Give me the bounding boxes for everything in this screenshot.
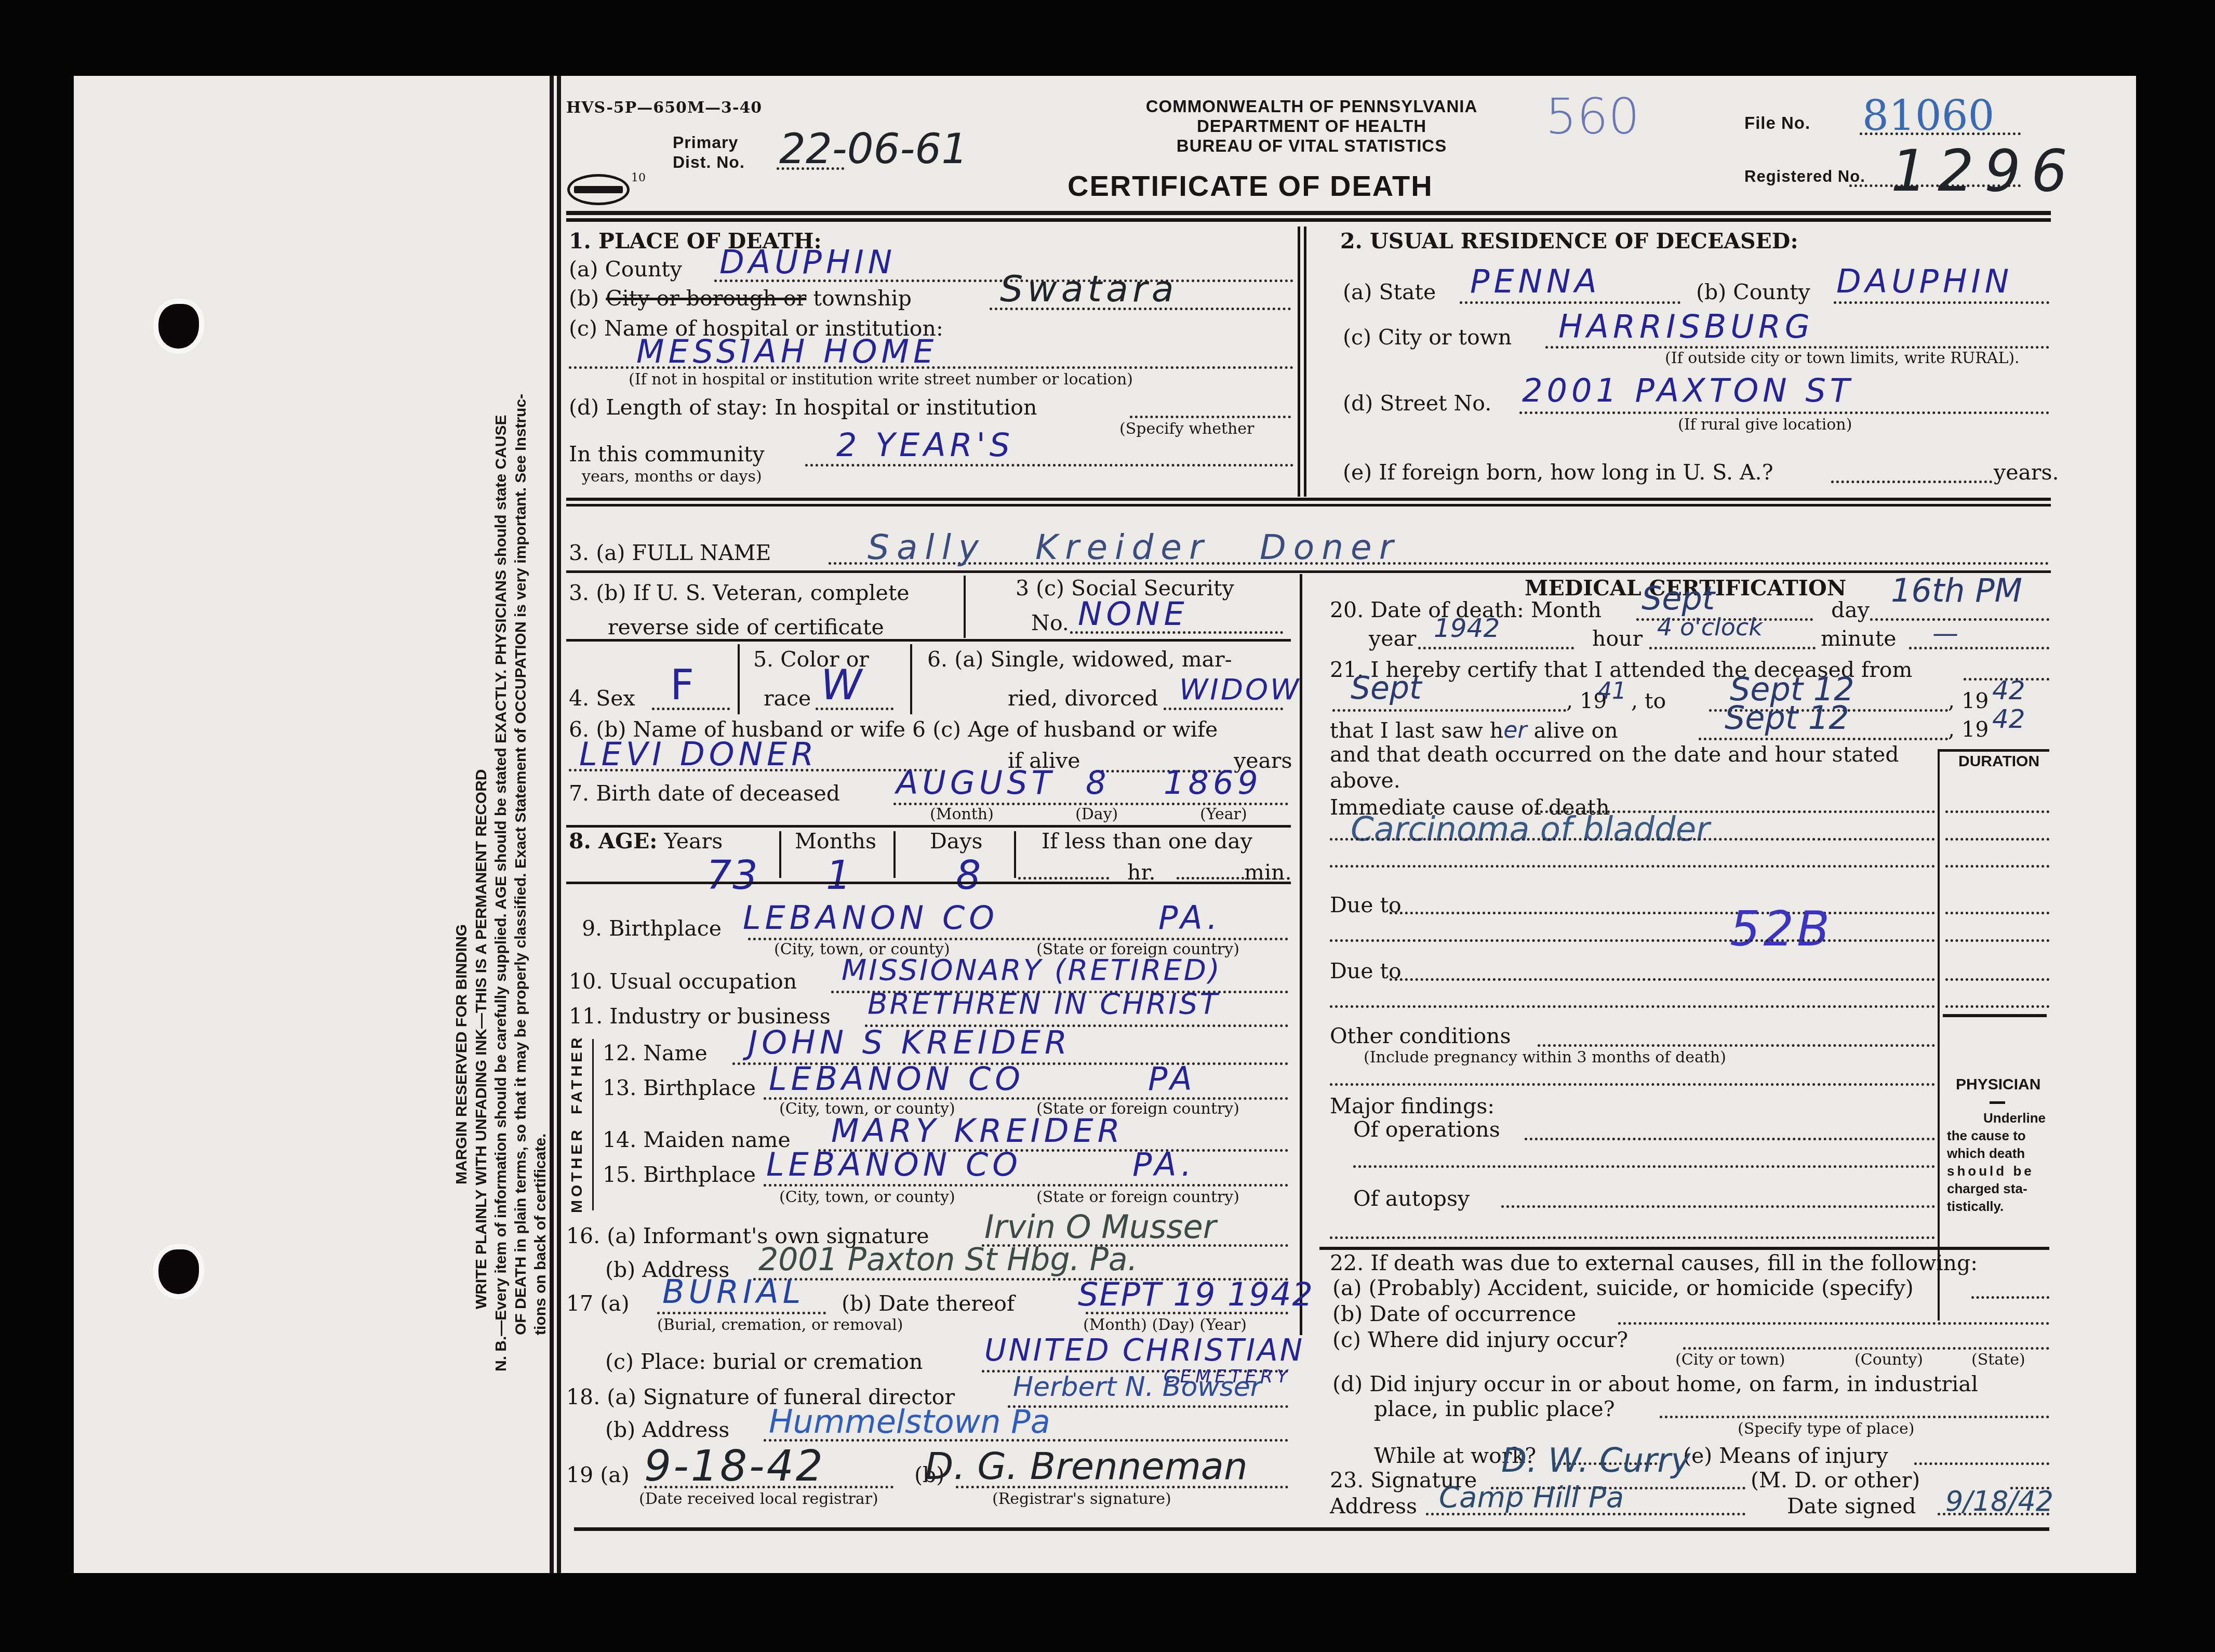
funeral-director-address-label: (b) Address: [605, 1417, 729, 1442]
to-year: 42: [1992, 675, 2025, 705]
mother-birthplace-city: LEBANON CO: [766, 1145, 1022, 1183]
external-c-note-county: (County): [1854, 1351, 1923, 1369]
res-street-note: (If rural give location): [1678, 416, 1852, 434]
last-saw-pronoun: er: [1503, 717, 1527, 743]
veteran-label: 3. (b) If U. S. Veteran, complete revers…: [569, 576, 910, 644]
res-foreign-suffix: years.: [1994, 460, 2059, 485]
struck-label: City or borough or: [606, 286, 806, 311]
res-street-label: (d) Street No.: [1343, 391, 1491, 416]
community-note: years, months or days): [582, 468, 762, 486]
physician-note-line: which death: [1947, 1144, 2046, 1162]
age-years-label: Years: [664, 829, 723, 854]
birthplace-state: PA.: [1158, 899, 1222, 937]
duration-line-7: [1945, 1005, 2049, 1008]
industry-value: BRETHREN IN CHRIST: [868, 987, 1220, 1021]
form-id: HVS-5P—650M—3-40: [566, 99, 762, 117]
union-seal-icon: [567, 174, 630, 205]
physician-address-label: Address: [1330, 1494, 1417, 1518]
registered-no-value: 1296: [1891, 138, 2078, 204]
due-to-underline-2: [1390, 978, 1935, 981]
birth-day: 8: [1086, 764, 1110, 802]
marital-label-2: ried, divorced: [1008, 686, 1158, 711]
from-date: Sept: [1351, 670, 1422, 707]
certificate-title: CERTIFICATE OF DEATH: [1068, 169, 1433, 203]
external-b-label: (b) Date of occurrence: [1332, 1301, 1576, 1326]
age-days-label: Days: [930, 829, 983, 854]
from-date-underline: [1332, 709, 1566, 712]
registrar-sig-note: (Registrar's signature): [992, 1490, 1171, 1508]
margin-line-3: N. B.—Every item of information should b…: [491, 394, 511, 1371]
annotation-number: 560: [1545, 88, 1639, 145]
min-underline: [1177, 877, 1244, 880]
footer-rule: [574, 1527, 2049, 1531]
due-to-underline-1: [1390, 912, 1935, 914]
duration-line-2: [1945, 838, 2049, 841]
means-label: (e) Means of injury: [1683, 1443, 1888, 1468]
spouse-age-label: 6 (c) Age of husband or wife: [912, 717, 1218, 742]
ssn-value: NONE: [1078, 595, 1189, 633]
agency-line-3: BUREAU OF VITAL STATISTICS: [1117, 136, 1506, 156]
major-findings-label: Major findings:: [1330, 1094, 1495, 1118]
duration-line-3: [1945, 865, 2049, 868]
death-minute-label: minute: [1821, 626, 1897, 651]
margin-line-2: WRITE PLAINLY WITH UNFADING INK—THIS IS …: [472, 394, 491, 1371]
registrar-signature: D. G. Brenneman: [925, 1444, 1248, 1488]
community-label: In this community: [569, 442, 765, 467]
other-conditions-label: Other conditions: [1330, 1023, 1511, 1048]
external-c-label: (c) Where did injury occur?: [1332, 1327, 1628, 1352]
father-name-value: JOHN S KREIDER: [748, 1023, 1071, 1061]
informant-signature: Irvin O Musser: [984, 1208, 1216, 1246]
other-conditions-underline-2: [1330, 1083, 1935, 1086]
file-no-label: File No.: [1744, 113, 1810, 133]
death-day: 16th PM: [1891, 571, 2022, 609]
death-month: Sept: [1642, 579, 1715, 617]
less-than-day-label: If less than one day: [1042, 829, 1252, 854]
autopsy-label: Of autopsy: [1353, 1186, 1470, 1211]
death-day-label: day: [1831, 597, 1870, 622]
mother-state-note: (State or foreign country): [1036, 1188, 1239, 1206]
file-no-value: 81060: [1862, 91, 1995, 140]
full-name-label: 3. (a) FULL NAME: [569, 540, 771, 565]
birthplace-label: 9. Birthplace: [582, 916, 722, 941]
above-label: above.: [1330, 768, 1400, 793]
section-divider: [1298, 227, 1300, 497]
stay-label: (d) Length of stay: In hospital or insti…: [569, 395, 1037, 420]
punch-hole-top: [158, 304, 199, 349]
duration-bottom-rule: [1943, 1014, 2047, 1017]
disposition-label: 17 (a): [566, 1291, 630, 1316]
death-minute-underline: [1909, 647, 2049, 649]
header-rule: [566, 211, 2051, 215]
disposition-date: SEPT 19 1942: [1078, 1275, 1314, 1313]
primary-dist-no: 22-06-61: [779, 125, 968, 173]
race-value: W: [821, 661, 866, 709]
parents-bracket: [592, 1039, 594, 1210]
res-foreign-underline: [1831, 481, 1992, 483]
last-saw-date: Sept 12: [1725, 699, 1849, 737]
mother-name-value: MARY KREIDER: [831, 1112, 1124, 1150]
township-word: township: [813, 286, 911, 311]
to-label: , to: [1631, 688, 1666, 713]
birth-date-label: 7. Birth date of deceased: [569, 781, 840, 806]
institution-value: MESSIAH HOME: [636, 332, 938, 370]
age-divider: [893, 831, 896, 878]
binding-border-line: [550, 76, 554, 1573]
external-c-note-city: (City or town): [1675, 1351, 1785, 1369]
county-label: (a) County: [569, 257, 682, 282]
last-saw-text: that I last saw h: [1330, 718, 1503, 743]
md-label: (M. D. or other): [1751, 1468, 1920, 1493]
physician-label: PHYSICIAN: [1956, 1075, 2040, 1094]
township-label: (b) City or borough or township: [569, 286, 912, 311]
physician-note-line: Underline: [1947, 1109, 2046, 1127]
birth-rule: [566, 825, 1291, 828]
duration-top-rule: [1938, 749, 2049, 752]
res-street-value: 2001 PAXTON ST: [1522, 371, 1854, 409]
external-d-note: (Specify type of place): [1738, 1420, 1914, 1438]
birth-day-note: (Day): [1075, 805, 1118, 823]
father-birthplace-label: 13. Birthplace: [603, 1075, 756, 1100]
min-label: min.: [1244, 860, 1291, 885]
means-underline: [1914, 1462, 2049, 1465]
mother-birthplace-label: 15. Birthplace: [603, 1162, 756, 1187]
hr-label: hr.: [1127, 860, 1156, 885]
last-saw-underline: [1699, 738, 1948, 740]
age-rule: [566, 882, 1291, 884]
burial-place-label: (c) Place: burial or cremation: [605, 1349, 923, 1374]
occupation-label: 10. Usual occupation: [569, 969, 797, 994]
marital-value: WIDOW: [1179, 673, 1301, 707]
occupation-value: MISSIONARY (RETIRED): [842, 953, 1222, 987]
external-heading: 22. If death was due to external causes,…: [1330, 1250, 1978, 1275]
medical-bottom-rule: [1319, 1247, 2049, 1250]
res-state-underline: [1460, 301, 1680, 304]
res-foreign-label: (e) If foreign born, how long in U. S. A…: [1343, 460, 1773, 485]
birth-year-note: (Year): [1200, 805, 1247, 823]
header-rule: [566, 218, 2051, 222]
stated-label: and that death occurred on the date and …: [1330, 742, 1899, 767]
registrar-label: 19 (a): [566, 1462, 630, 1487]
mother-city-note: (City, town, or county): [779, 1188, 955, 1206]
physician-note-line: charged sta-: [1947, 1180, 2046, 1197]
agency-line-2: DEPARTMENT OF HEALTH: [1117, 116, 1506, 136]
death-county-value: DAUPHIN: [719, 243, 896, 281]
section-divider: [1304, 227, 1306, 497]
external-b-underline: [1618, 1322, 2049, 1325]
agency-line-1: COMMONWEALTH OF PENNSYLVANIA: [1117, 97, 1506, 116]
duration-label: DURATION: [1958, 752, 2039, 771]
external-a-label: (a) (Probably) Accident, suicide, or hom…: [1332, 1275, 1914, 1300]
res-county-label: (b) County: [1696, 279, 1810, 304]
operations-label: Of operations: [1353, 1117, 1500, 1142]
external-d-label-2: place, in public place?: [1374, 1396, 1615, 1421]
community-underline: [805, 464, 1293, 467]
father-birthplace-state: PA: [1148, 1060, 1196, 1098]
physician-note-line: tistically.: [1947, 1197, 2046, 1215]
birthplace-city: LEBANON CO: [743, 899, 998, 937]
mother-name-label: 14. Maiden name: [603, 1127, 791, 1152]
veteran-divider: [964, 576, 966, 638]
mother-birthplace-state: PA.: [1132, 1145, 1196, 1183]
age-label: 8. AGE: Years: [569, 829, 723, 854]
to-year-prefix: , 19: [1948, 688, 1989, 713]
margin-line-4: OF DEATH in plain terms, so that it may …: [511, 394, 531, 1371]
margin-binding-note: MARGIN RESERVED FOR BINDING WRITE PLAINL…: [452, 394, 551, 1371]
father-name-label: 12. Name: [603, 1041, 708, 1065]
stay-note: (Specify whether: [1119, 420, 1254, 438]
mother-side-label: MOTHER: [567, 1127, 587, 1213]
death-day-underline: [1870, 618, 2049, 621]
age-months-value: 1: [826, 852, 855, 898]
death-year: 1942: [1434, 613, 1500, 643]
father-side-label: FATHER: [567, 1034, 587, 1114]
immediate-cause-underline-2: [1330, 838, 1935, 841]
registrar-date: 9-18-42: [644, 1442, 825, 1491]
veteran-label-1: 3. (b) If U. S. Veteran, complete: [569, 576, 910, 610]
duration-line-6: [1945, 978, 2049, 981]
autopsy-underline-2: [1330, 1236, 1935, 1239]
res-city-note: (If outside city or town limits, write R…: [1665, 349, 2020, 367]
ssn-no-label: No.: [1031, 610, 1069, 635]
physician-note: Underline the cause to which death shoul…: [1947, 1109, 2046, 1215]
birth-year: 1869: [1164, 764, 1262, 802]
section-rule: [566, 498, 2051, 501]
death-minute: —: [1932, 618, 1958, 648]
external-d-label-1: (d) Did injury occur in or about home, o…: [1332, 1371, 1978, 1396]
punch-hole-bottom: [158, 1249, 199, 1294]
operations-underline: [1525, 1138, 1935, 1140]
duration-line-1: [1945, 810, 2049, 813]
age-label-text: 8. AGE:: [569, 829, 657, 854]
age-years-value: 73: [706, 852, 759, 898]
veteran-rule: [566, 639, 1291, 642]
registrar-date-note: (Date received local registrar): [639, 1490, 878, 1508]
from-year: 41: [1597, 678, 1626, 704]
name-rule: [566, 570, 2051, 573]
race-divider: [910, 644, 912, 714]
disposition-date-note: (Month) (Day) (Year): [1083, 1316, 1247, 1334]
death-hour-label: hour: [1592, 626, 1643, 651]
seal-number: 10: [631, 171, 646, 184]
residence-heading: 2. USUAL RESIDENCE OF DECEASED:: [1340, 229, 1798, 254]
cause-code: 52B: [1730, 901, 1833, 957]
marital-label-1: 6. (a) Single, widowed, mar-: [927, 647, 1232, 672]
death-hour: 4 o'clock: [1657, 613, 1763, 641]
registered-no-label: Registered No.: [1744, 167, 1865, 186]
sex-divider: [738, 644, 740, 714]
age-divider: [779, 831, 781, 878]
margin-line-5: tions on back of certificate.: [531, 394, 551, 1371]
sex-label: 4. Sex: [569, 686, 635, 711]
marital-underline: [1164, 708, 1283, 710]
physician-signature: D. W. Curry: [1501, 1442, 1690, 1480]
primary-label: Primary Dist. No.: [673, 132, 745, 172]
res-state-value: PENNA: [1470, 262, 1601, 300]
res-city-underline: [1545, 346, 2049, 349]
disposition-note: (Burial, cremation, or removal): [657, 1316, 903, 1334]
due-to-underline-1b: [1330, 939, 1935, 942]
death-year-label: year: [1369, 626, 1416, 651]
funeral-director-signature: Herbert N. Bowser: [1013, 1371, 1261, 1403]
physician-dash: [1990, 1101, 2005, 1104]
physician-note-line: should be: [1947, 1162, 2046, 1180]
autopsy-underline: [1501, 1205, 1935, 1208]
physician-address: Camp Hill Pa: [1439, 1481, 1624, 1514]
township-value: Swatara: [1000, 268, 1178, 310]
last-saw-year: 42: [1992, 704, 2025, 734]
external-a-underline: [1971, 1296, 2049, 1299]
full-name-label-text: 3. (a) FULL NAME: [569, 540, 771, 565]
other-conditions-note: (Include pregnancy within 3 months of de…: [1364, 1048, 1726, 1067]
father-birthplace-city: LEBANON CO: [769, 1060, 1024, 1098]
community-value: 2 YEAR'S: [836, 426, 1014, 464]
age-divider: [1014, 831, 1016, 878]
duration-divider: [1938, 749, 1940, 1321]
birth-month-note: (Month): [930, 805, 994, 823]
primary-label-1: Primary: [673, 132, 745, 152]
date-signed-value: 9/18/42: [1945, 1485, 2053, 1517]
other-conditions-underline: [1538, 1044, 1935, 1047]
margin-line-1: MARGIN RESERVED FOR BINDING: [452, 394, 472, 1371]
cause-line-3: [1330, 865, 1935, 868]
physician-note-line: the cause to: [1947, 1127, 2046, 1144]
age-months-label: Months: [795, 829, 876, 854]
section-rule: [566, 504, 2051, 507]
disposition-underline: [657, 1312, 826, 1314]
date-signed-label: Date signed: [1787, 1494, 1916, 1518]
mother-birthplace-underline: [764, 1184, 1288, 1187]
duration-line-4: [1945, 912, 2049, 914]
spouse-value: LEVI DONER: [579, 735, 818, 773]
township-prefix: (b): [569, 286, 599, 311]
stay-underline: [1130, 416, 1291, 418]
duration-line-5: [1945, 939, 2049, 942]
race-label-2: race: [764, 686, 811, 711]
binding-border-line: [557, 76, 561, 1573]
sex-value: F: [670, 661, 698, 709]
last-saw-year-prefix: , 19: [1948, 717, 1989, 742]
res-street-underline: [1519, 411, 2049, 414]
alive-on-text: alive on: [1533, 718, 1618, 743]
primary-label-2: Dist. No.: [673, 152, 745, 172]
external-c-underline: [1683, 1347, 2049, 1350]
agency-block: COMMONWEALTH OF PENNSYLVANIA DEPARTMENT …: [1117, 97, 1506, 156]
res-city-label: (c) City or town: [1343, 325, 1512, 350]
res-state-label: (a) State: [1343, 279, 1436, 304]
immediate-cause-value: Carcinoma of bladder: [1351, 810, 1710, 849]
death-hour-underline: [1649, 647, 1816, 649]
external-c-note-state: (State): [1971, 1351, 2025, 1369]
funeral-director-address: Hummelstown Pa: [769, 1403, 1050, 1441]
informant-address: 2001 Paxton St Hbg. Pa.: [758, 1242, 1138, 1278]
res-city-value: HARRISBURG: [1558, 308, 1814, 345]
operations-underline-2: [1353, 1165, 1935, 1168]
external-d-underline: [1660, 1416, 2049, 1418]
age-days-value: 8: [956, 852, 985, 898]
hr-underline: [1018, 877, 1109, 880]
institution-note: (If not in hospital or institution write…: [629, 370, 1133, 389]
res-county-underline: [1834, 301, 2049, 304]
disposition-date-label: (b) Date thereof: [842, 1291, 1015, 1316]
birth-month: AUGUST: [896, 764, 1055, 802]
res-county-value: DAUPHIN: [1836, 262, 2013, 300]
death-year-underline: [1418, 647, 1574, 649]
last-saw-label: that I last saw her alive on: [1330, 717, 1618, 743]
disposition-value: BURIAL: [662, 1273, 805, 1311]
full-name-value: Sally Kreider Doner: [868, 527, 1400, 567]
institution-underline: [569, 366, 1293, 369]
burial-place-value: UNITED CHRISTIAN: [984, 1333, 1304, 1368]
due-to-underline-2b: [1330, 1005, 1935, 1008]
